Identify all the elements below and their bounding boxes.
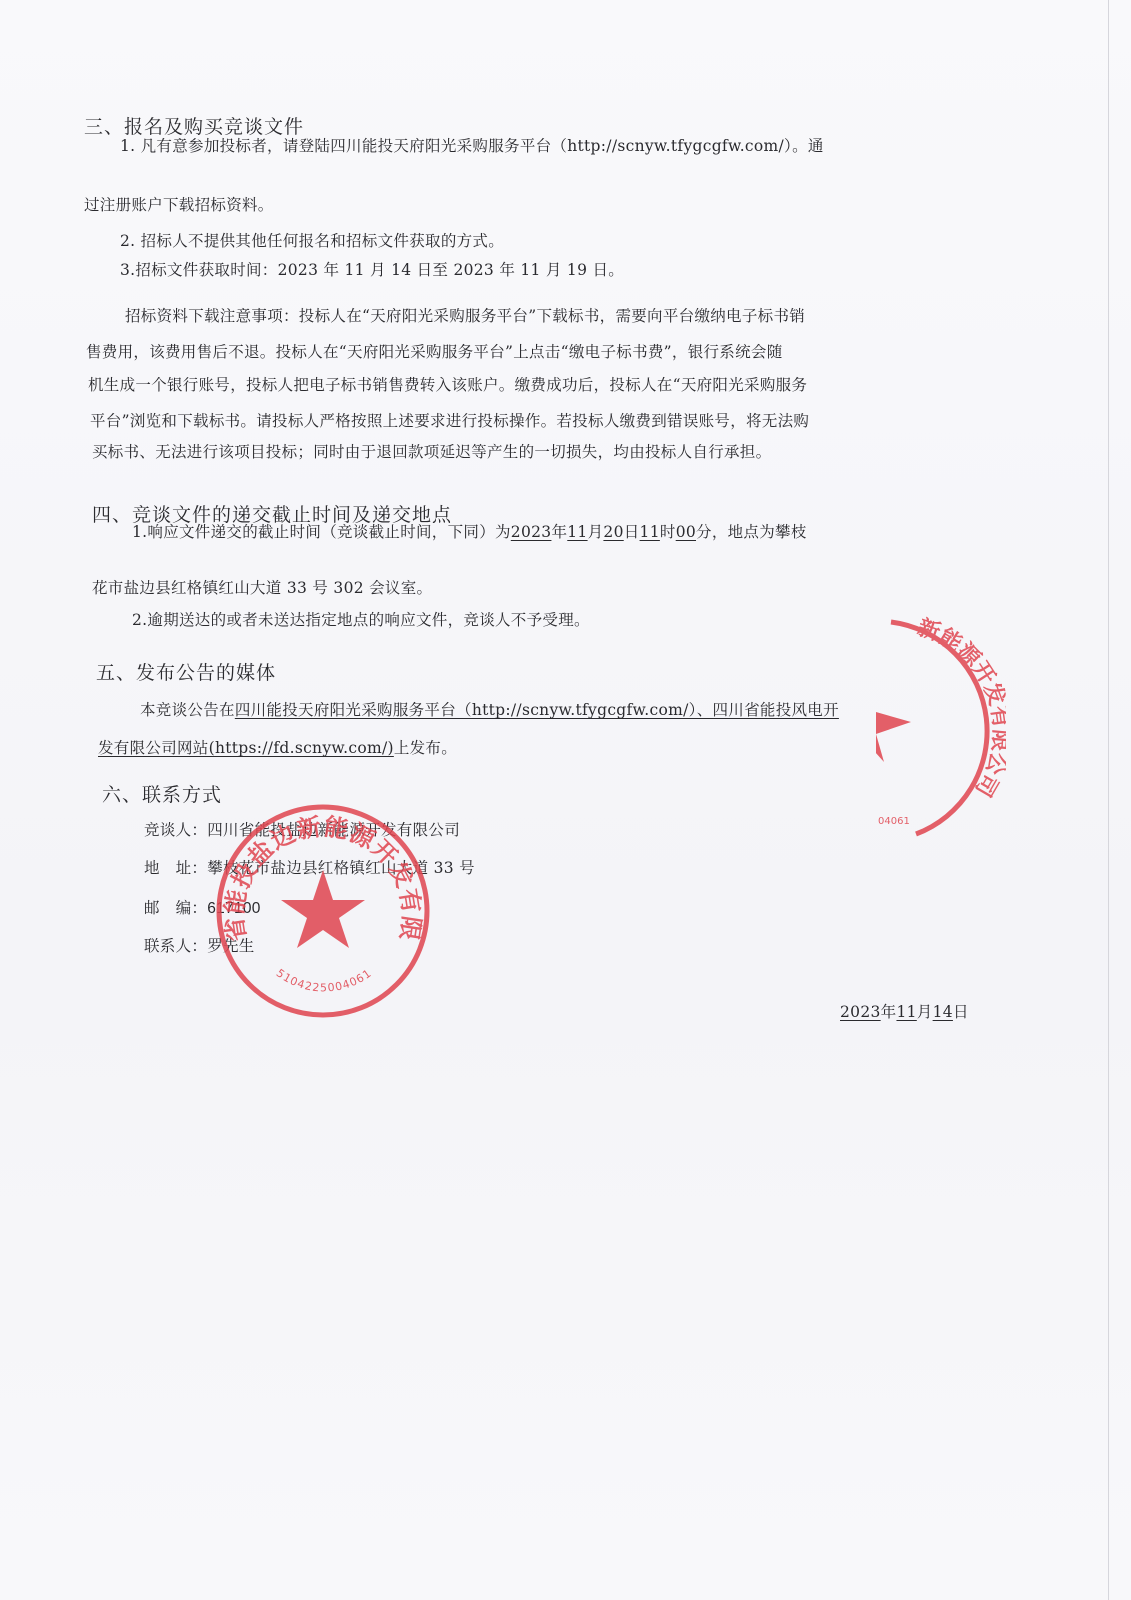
contact-label: 地 址： bbox=[144, 859, 207, 877]
date-day-unit: 日 bbox=[953, 1003, 969, 1021]
date-month-unit: 月 bbox=[917, 1003, 933, 1021]
deadline-day: 20 bbox=[603, 523, 623, 541]
section5-p-line2: 发有限公司网站(https://fd.scnyw.com/)上发布。 bbox=[98, 736, 457, 758]
contact-value: 罗先生 bbox=[207, 937, 254, 955]
publication-link-1[interactable]: 四川能投天府阳光采购服务平台（http://scnyw.tfygcgfw.com… bbox=[235, 701, 839, 719]
date-year: 2023 bbox=[840, 1003, 881, 1021]
contact-label: 邮 编： bbox=[144, 899, 207, 917]
page-edge bbox=[1108, 0, 1109, 1600]
deadline-minute-unit: 分 bbox=[696, 523, 712, 541]
contact-value: 617100 bbox=[207, 900, 261, 917]
partial-seal-stamp: 新能源开发有限公司 04061 bbox=[876, 612, 1006, 842]
section4-p1-line2: 花市盐边县红格镇红山大道 33 号 302 会议室。 bbox=[92, 576, 432, 598]
section5-heading: 五、发布公告的媒体 bbox=[96, 658, 276, 685]
section3-p1-line1: 1. 凡有意参加投标者，请登陆四川能投天府阳光采购服务平台（http://scn… bbox=[120, 134, 824, 156]
section3-note-line: 买标书、无法进行该项目投标；同时由于退回款项延迟等产生的一切损失，均由投标人自行… bbox=[92, 440, 771, 462]
contact-label: 竞谈人： bbox=[144, 821, 207, 839]
deadline-hour-unit: 时 bbox=[660, 523, 676, 541]
section6-heading: 六、联系方式 bbox=[102, 780, 222, 807]
date-month: 11 bbox=[896, 1003, 916, 1021]
deadline-hour: 11 bbox=[640, 523, 660, 541]
contact-value: 四川省能投盐边新能源开发有限公司 bbox=[207, 821, 460, 839]
document-page: 三、报名及购买竞谈文件 1. 凡有意参加投标者，请登陆四川能投天府阳光采购服务平… bbox=[0, 0, 1131, 1600]
section3-note-line: 招标资料下载注意事项：投标人在“天府阳光采购服务平台”下载标书，需要向平台缴纳电… bbox=[125, 304, 805, 326]
section4-p1-line1: 1.响应文件递交的截止时间（竞谈截止时间，下同）为2023年11月20日11时0… bbox=[132, 520, 807, 542]
contact-row-postcode: 邮 编：617100 bbox=[144, 896, 261, 918]
deadline-day-unit: 日 bbox=[624, 523, 640, 541]
section3-p3: 3.招标文件获取时间：2023 年 11 月 14 日至 2023 年 11 月… bbox=[120, 258, 624, 280]
deadline-month-unit: 月 bbox=[588, 523, 604, 541]
section5-p-line1: 本竞谈公告在四川能投天府阳光采购服务平台（http://scnyw.tfygcg… bbox=[140, 698, 839, 720]
svg-text:新能源开发有限公司: 新能源开发有限公司 bbox=[914, 614, 1006, 800]
svg-text:5104225004061: 5104225004061 bbox=[274, 967, 374, 995]
deadline-year: 2023 bbox=[511, 523, 552, 541]
section3-p2: 2. 招标人不提供其他任何报名和招标文件获取的方式。 bbox=[120, 229, 504, 251]
deadline-year-unit: 年 bbox=[551, 523, 567, 541]
contact-row-address: 地 址：攀枝花市盐边县红格镇红山大道 33 号 bbox=[144, 856, 475, 878]
section5-prefix: 本竞谈公告在 bbox=[140, 701, 235, 719]
contact-row-person: 联系人：罗先生 bbox=[144, 934, 255, 956]
section3-note-line: 平台”浏览和下载标书。请投标人严格按照上述要求进行投标操作。若投标人缴费到错误账… bbox=[90, 409, 809, 431]
contact-row-bidder: 竞谈人：四川省能投盐边新能源开发有限公司 bbox=[144, 818, 460, 840]
publication-link-2[interactable]: 发有限公司网站(https://fd.scnyw.com/) bbox=[98, 739, 394, 757]
date-day: 14 bbox=[933, 1003, 953, 1021]
deadline-prefix: 1.响应文件递交的截止时间（竞谈截止时间，下同）为 bbox=[132, 523, 511, 541]
deadline-month: 11 bbox=[567, 523, 587, 541]
deadline-suffix: ，地点为攀枝 bbox=[712, 523, 807, 541]
date-year-unit: 年 bbox=[881, 1003, 897, 1021]
section3-note-line: 售费用，该费用售后不退。投标人在“天府阳光采购服务平台”上点击“缴电子标书费”，… bbox=[86, 340, 783, 362]
deadline-minute: 00 bbox=[676, 523, 696, 541]
section5-suffix: 上发布。 bbox=[394, 739, 457, 757]
section3-note-line: 机生成一个银行账号，投标人把电子标书销售费转入该账户。缴费成功后，投标人在“天府… bbox=[88, 373, 807, 395]
seal-icon: 新能源开发有限公司 04061 bbox=[876, 612, 1006, 842]
section4-p2: 2.逾期送达的或者未送达指定地点的响应文件，竞谈人不予受理。 bbox=[132, 608, 590, 630]
contact-value: 攀枝花市盐边县红格镇红山大道 33 号 bbox=[207, 859, 475, 877]
issue-date: 2023年11月14日 bbox=[840, 1000, 969, 1022]
svg-text:04061: 04061 bbox=[878, 816, 910, 827]
section3-p1-line2: 过注册账户下载招标资料。 bbox=[84, 193, 274, 215]
contact-label: 联系人： bbox=[144, 937, 207, 955]
